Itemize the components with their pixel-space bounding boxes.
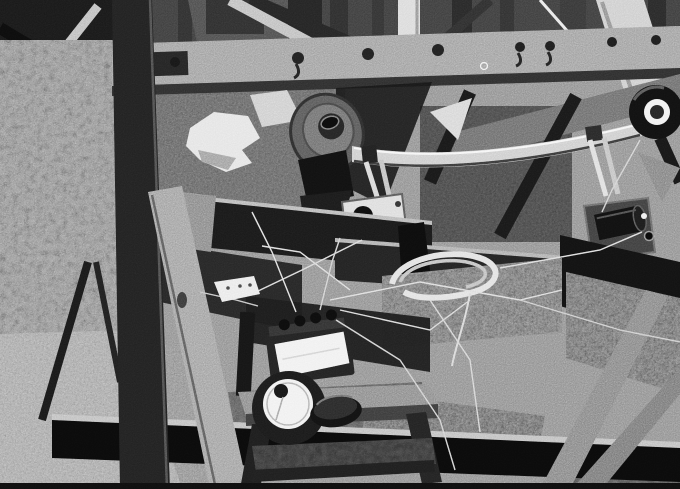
- film-grain-overlay: [0, 0, 680, 489]
- photo-canvas: [0, 0, 680, 489]
- photograph-test-rig: [0, 0, 680, 489]
